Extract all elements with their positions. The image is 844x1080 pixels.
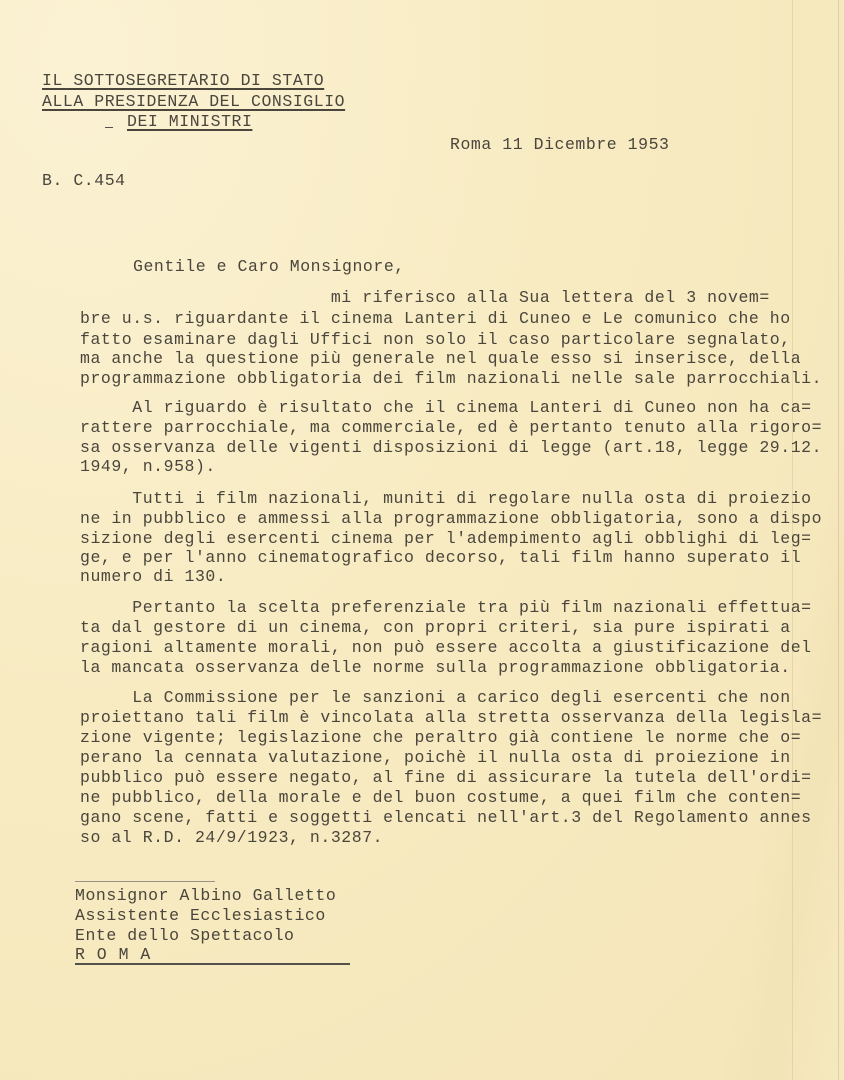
letterhead-line-3: DEI MINISTRI — [127, 111, 252, 132]
body-line: la mancata osservanza delle norme sulla … — [80, 657, 791, 678]
body-line: zione vigente; legislazione che peraltro… — [80, 727, 801, 748]
letterhead-dash — [105, 127, 113, 128]
place-date: Roma 11 Dicembre 1953 — [450, 134, 669, 155]
body-line: ma anche la questione più generale nel q… — [80, 348, 801, 369]
body-line: ta dal gestore di un cinema, con propri … — [80, 617, 791, 638]
body-line: Pertanto la scelta preferenziale tra più… — [80, 597, 812, 618]
body-line: ragioni altamente morali, non può essere… — [80, 637, 812, 658]
body-line: fatto esaminare dagli Uffici non solo il… — [80, 329, 791, 350]
body-line: Tutti i film nazionali, muniti di regola… — [80, 488, 812, 509]
body-line: Al riguardo è risultato che il cinema La… — [80, 397, 812, 418]
body-line: sa osservanza delle vigenti disposizioni… — [80, 437, 822, 458]
address-top-rule — [75, 881, 215, 882]
salutation: Gentile e Caro Monsignore, — [133, 256, 405, 277]
body-line: La Commissione per le sanzioni a carico … — [80, 687, 791, 708]
body-line: gano scene, fatti e soggetti elencati ne… — [80, 807, 812, 828]
body-line: ne in pubblico e ammessi alla programmaz… — [80, 508, 822, 529]
address-bottom-rule — [75, 963, 350, 965]
body-line: programmazione obbligatoria dei film naz… — [80, 368, 822, 389]
recipient-title: Assistente Ecclesiastico — [75, 905, 326, 926]
body-line: 1949, n.958). — [80, 456, 216, 477]
body-line: rattere parrocchiale, ma commerciale, ed… — [80, 417, 822, 438]
body-line: perano la cennata valutazione, poichè il… — [80, 747, 791, 768]
body-line: pubblico può essere negato, al fine di a… — [80, 767, 812, 788]
recipient-city: R O M A — [75, 944, 151, 965]
body-line: ge, e per l'anno cinematografico decorso… — [80, 547, 801, 568]
body-line: proiettano tali film è vincolata alla st… — [80, 707, 822, 728]
body-line: sizione degli esercenti cinema per l'ade… — [80, 528, 812, 549]
body-line: so al R.D. 24/9/1923, n.3287. — [80, 827, 383, 848]
body-line: numero di 130. — [80, 566, 226, 587]
body-line: ne pubblico, della morale e del buon cos… — [80, 787, 801, 808]
recipient-organization: Ente dello Spettacolo — [75, 925, 294, 946]
paper-edge-line — [838, 0, 839, 1080]
reference-number: B. C.454 — [42, 170, 126, 191]
recipient-name: Monsignor Albino Galletto — [75, 885, 336, 906]
letterhead-line-2: ALLA PRESIDENZA DEL CONSIGLIO — [42, 91, 345, 112]
letterhead-line-1: IL SOTTOSEGRETARIO DI STATO — [42, 70, 324, 91]
body-line: bre u.s. riguardante il cinema Lanteri d… — [80, 308, 791, 329]
body-line: mi riferisco alla Sua lettera del 3 nove… — [80, 287, 770, 308]
